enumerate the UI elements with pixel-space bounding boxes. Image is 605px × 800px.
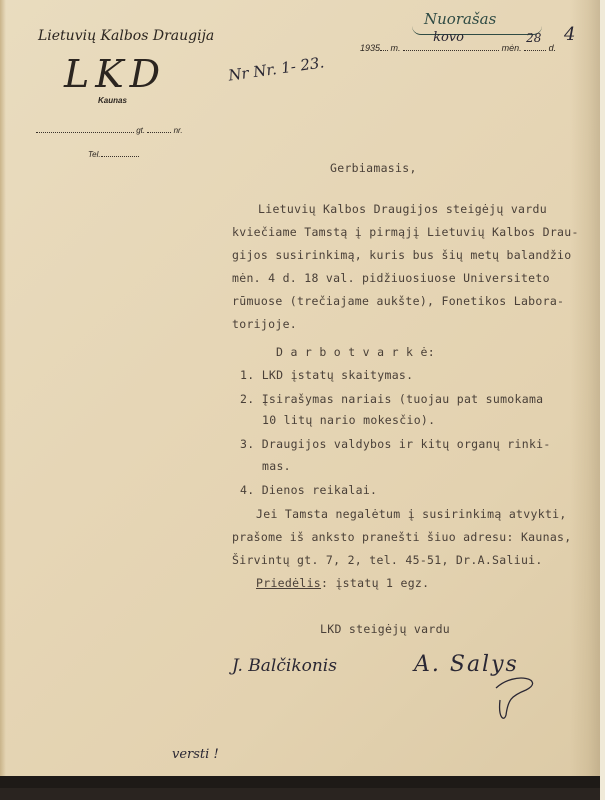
agenda-text: LKD įstatų skaitymas. (262, 368, 414, 382)
signature-balcikonis: J. Balčikonis (232, 656, 337, 676)
paragraph-line: rūmuose (trečiajame aukšte), Fonetikos L… (232, 294, 564, 308)
agenda-item-3-cont: mas. (262, 459, 291, 473)
paragraph-line: torijoje. (232, 317, 297, 331)
stamp-underline (412, 26, 542, 35)
day-suffix: d. (549, 43, 557, 53)
month: kovo (433, 30, 464, 45)
registration-number: Nr Nr. 1- 23. (227, 53, 325, 84)
tel-line: Tel. (88, 148, 139, 159)
agenda-item-3: 3. Draugijos valdybos ir kitų organų rin… (240, 437, 551, 451)
scan-edge (0, 776, 600, 788)
address-line: gt. nr. (36, 124, 183, 135)
number-blank (147, 124, 171, 133)
signature-flourish (436, 660, 546, 720)
month-blank: kovo (403, 42, 499, 51)
agenda-number: 3. (240, 437, 254, 451)
right-margin (600, 0, 605, 800)
sign-off: LKD steigėjų vardu (320, 622, 450, 636)
agenda-text: Įsirašymas nariais (tuojau pat sumokama (262, 392, 544, 406)
society-name: Lietuvių Kalbos Draugija (38, 28, 214, 44)
tel-label: Tel. (88, 150, 101, 159)
agenda-number: 1. (240, 368, 254, 382)
paper-fold (570, 0, 600, 788)
tel-blank (101, 148, 139, 157)
paragraph-line: gijos susirinkimą, kuris bus šių metų ba… (232, 248, 572, 262)
year-suffix: m. (391, 43, 401, 53)
paragraph-line: kviečiame Tamstą į pirmąjį Lietuvių Kalb… (232, 225, 579, 239)
month-suffix: mėn. (502, 43, 522, 53)
closing-line: Širvintų gt. 7, 2, tel. 45-51, Dr.A.Sali… (232, 553, 543, 567)
day-blank: 28 (524, 42, 546, 51)
corner-mark: 4 (564, 24, 575, 45)
agenda-title: D a r b o t v a r k ė: (276, 345, 435, 359)
logo: LKD (64, 52, 166, 96)
paragraph-line: Lietuvių Kalbos Draugijos steigėjų vardu (258, 202, 547, 216)
footer-note: versti ! (172, 747, 219, 762)
attachment-text: : įstatų 1 egz. (321, 576, 429, 590)
agenda-text: Dienos reikalai. (262, 483, 378, 497)
agenda-item-2: 2. Įsirašymas nariais (tuojau pat sumoka… (240, 392, 543, 406)
paragraph-line: mėn. 4 d. 18 val. pidžiuosiuose Universi… (232, 271, 550, 285)
agenda-item-4: 4. Dienos reikalai. (240, 483, 377, 497)
day: 28 (526, 31, 541, 45)
attachment-line: Priedėlis: įstatų 1 egz. (256, 576, 429, 590)
agenda-item-2-cont: 10 litų nario mokesčio). (262, 413, 435, 427)
year: 1935 (360, 43, 380, 53)
letter-page: Lietuvių Kalbos Draugija LKD Kaunas gt. … (0, 0, 600, 788)
street-suffix: gt. (136, 126, 145, 135)
attachment-label: Priedėlis (256, 576, 321, 590)
agenda-item-1: 1. LKD įstatų skaitymas. (240, 368, 413, 382)
agenda-text: Draugijos valdybos ir kitų organų rinki- (262, 437, 551, 451)
number-suffix: nr. (174, 126, 183, 135)
closing-line: prašome iš anksto pranešti šiuo adresu: … (232, 530, 572, 544)
street-blank (36, 124, 134, 133)
agenda-number: 2. (240, 392, 254, 406)
agenda-number: 4. (240, 483, 254, 497)
closing-line: Jei Tamsta negalėtum į susirinkimą atvyk… (256, 507, 567, 521)
date-line: 1935 m. kovo mėn. 28 d. (360, 42, 556, 53)
city-label: Kaunas (98, 96, 127, 105)
salutation: Gerbiamasis, (330, 161, 417, 175)
